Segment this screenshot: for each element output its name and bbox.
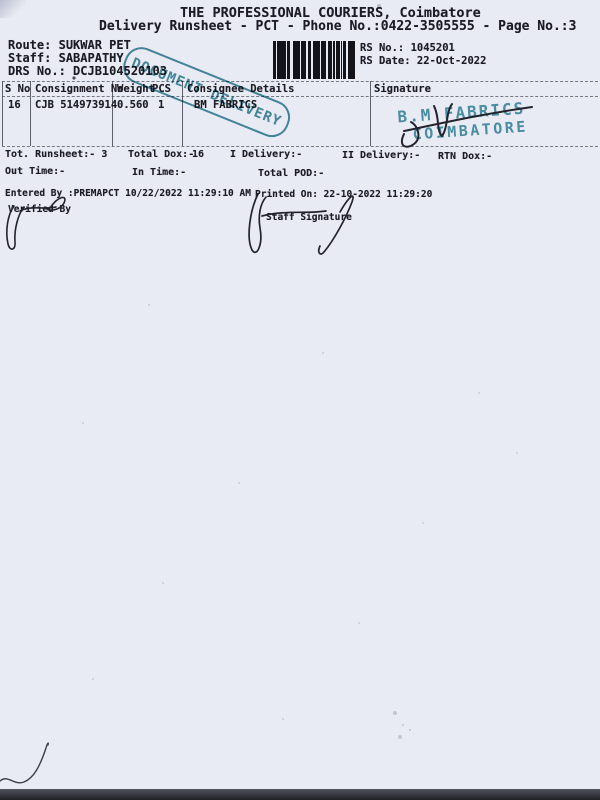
table-bottom-rule — [2, 146, 598, 147]
stray-pen-mark — [0, 743, 48, 783]
rs-no-label: RS No.: — [360, 42, 404, 54]
ii-delivery-label: II Delivery:- — [342, 150, 420, 161]
i-delivery-label: I Delivery:- — [230, 149, 302, 160]
rs-no-line: RS No.: 1045201 — [360, 43, 455, 55]
table-col-divider-4 — [370, 81, 371, 146]
rs-no-value: 1045201 — [411, 42, 455, 54]
row-sno: 16 — [8, 100, 21, 112]
in-time-label: In Time:- — [132, 167, 186, 178]
staff-signature-ink — [249, 194, 353, 254]
total-dox-label: Total Dox:- — [128, 149, 194, 160]
col-header-sno: S No — [5, 84, 30, 96]
col-header-consignment: Consignment No — [35, 84, 124, 96]
staff-value: SABAPATHY — [59, 51, 124, 65]
table-header-rule — [2, 96, 598, 97]
scan-bottom-edge — [0, 789, 600, 800]
entered-by-line: Entered By :PREMAPCT 10/22/2022 11:29:10… — [5, 189, 251, 199]
col-header-signature: Signature — [374, 84, 431, 96]
rs-date-label: RS Date: — [360, 55, 411, 67]
total-runsheet-label: Tot. Runsheet:- — [5, 149, 95, 160]
consignee-stamp: B.M FABRICS COIMBATORE — [397, 99, 529, 145]
rs-date-value: 22-Oct-2022 — [417, 55, 487, 67]
printed-on-line: Printed On: 22-10-2022 11:29:20 — [255, 190, 432, 200]
table-top-rule — [2, 81, 598, 82]
staff-signature-label: Staff Signature — [266, 213, 352, 223]
document-subtitle: Delivery Runsheet - PCT - Phone No.:0422… — [99, 20, 576, 34]
route-label: Route: — [8, 38, 51, 52]
row-pcs: 1 — [158, 100, 164, 112]
rs-date-line: RS Date: 22-Oct-2022 — [360, 56, 486, 68]
out-time-label: Out Time:- — [5, 166, 65, 177]
total-runsheet: Tot. Runsheet:- 3 — [5, 149, 107, 160]
staff-label: Staff: — [8, 51, 51, 65]
scanned-delivery-runsheet: THE PROFESSIONAL COURIERS, Coimbatore De… — [0, 0, 600, 800]
total-dox-value: 16 — [192, 149, 204, 160]
rtn-dox-label: RTN Dox:- — [438, 151, 492, 162]
rs-barcode — [273, 41, 356, 79]
scan-noise-speckles — [0, 0, 2, 2]
route-value: SUKWAR PET — [59, 38, 131, 52]
scan-corner-smudge — [0, 0, 26, 18]
row-consignment-no: CJB 514973914 — [35, 100, 117, 112]
total-runsheet-value: 3 — [101, 149, 107, 160]
row-weight: 0.560 — [117, 100, 149, 112]
table-border-left — [2, 81, 3, 146]
verified-by-label: Verified By — [8, 205, 71, 215]
drs-label: DRS No.: — [8, 64, 66, 78]
total-pod-label: Total POD:- — [258, 168, 324, 179]
